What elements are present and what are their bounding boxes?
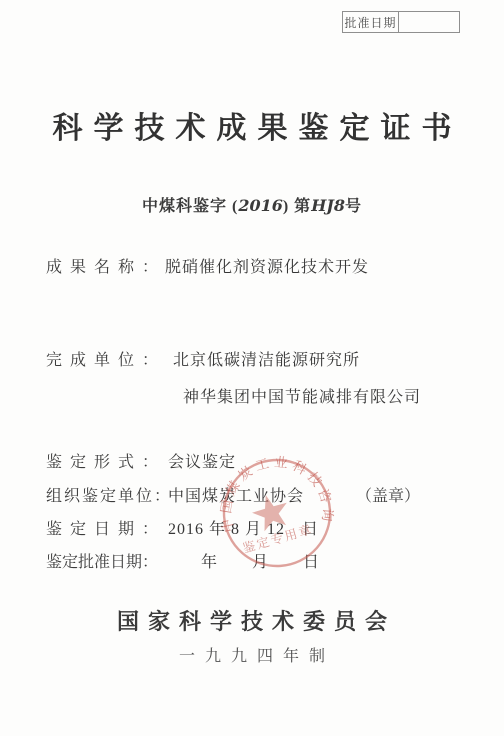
approval-date-value [399,12,459,32]
seal-ring-text: 中国煤炭工业科技咨询 [216,452,337,534]
official-red-seal: 中国煤炭工业科技咨询 鉴定专用章 [216,452,338,574]
completing-unit-value-1: 北京低碳清洁能源研究所 [173,353,360,369]
seal-star-icon [248,490,292,533]
certificate-page: 批准日期 科学技术成果鉴定证书 中煤科鉴字 (2016) 第HJ8号 成果名称：… [0,0,504,736]
completing-unit-label: 完成单位： [46,353,166,369]
docnum-prefix: 中煤科鉴字 ( [142,198,238,215]
page-title: 科学技术成果鉴定证书 [0,112,504,147]
completing-unit-value-2: 神华集团中国节能减排有限公司 [183,390,421,406]
organizing-unit-label: 组织鉴定单位： [46,489,172,505]
seal-bottom-text: 鉴定专用章 [241,521,315,555]
issuer-name: 国家科学技术委员会 [0,610,504,634]
appraisal-date-label: 鉴定日期： [46,522,166,538]
document-number: 中煤科鉴字 (2016) 第HJ8号 [0,193,504,216]
docnum-mid: ) 第 [283,198,311,215]
appraisal-form-label: 鉴定形式： [46,455,166,471]
approval-date-label: 批准日期 [343,12,399,32]
approval-date-box: 批准日期 [342,11,460,33]
form-year-made: 一九九四年制 [0,648,504,666]
seal-ring-text-container: 中国煤炭工业科技咨询 [216,452,337,534]
docnum-year: 2016 [238,196,283,215]
appraisal-approval-date-label: 鉴定批准日期： [46,555,158,571]
docnum-code: HJ8 [311,196,345,215]
seal-here-note: （盖章） [356,489,420,505]
docnum-suffix: 号 [345,198,362,215]
achievement-name-value: 脱硝催化剂资源化技术开发 [165,260,369,276]
achievement-name-label: 成果名称： [46,260,166,276]
